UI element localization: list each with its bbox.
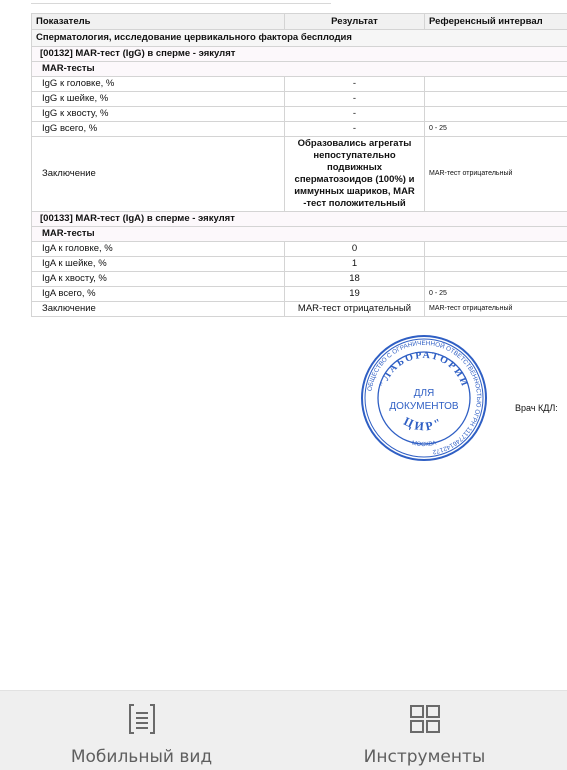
row-result: 1 <box>285 257 425 272</box>
conclusion-result: MAR-тест отрицательный <box>285 302 425 317</box>
group-subtitle: MAR-тесты <box>32 62 567 77</box>
row-reference <box>425 272 567 287</box>
group-subtitle: MAR-тесты <box>32 227 567 242</box>
group-title: [00133] MAR-тест (IgA) в сперме - эякуля… <box>32 212 567 227</box>
row-result: 18 <box>285 272 425 287</box>
row-reference <box>425 92 567 107</box>
header-reference: Референсный интервал <box>425 14 567 30</box>
row-name: IgA всего, % <box>32 287 285 302</box>
cut-off-header-line <box>31 0 331 4</box>
conclusion-row: Заключение MAR-тест отрицательный MAR-те… <box>32 302 567 317</box>
tools-label: Инструменты <box>283 747 566 767</box>
row-name: IgA к головке, % <box>32 242 285 257</box>
row-result: - <box>285 107 425 122</box>
conclusion-label: Заключение <box>32 302 285 317</box>
conclusion-label: Заключение <box>32 137 285 212</box>
results-table: Показатель Результат Референсный интерва… <box>31 13 567 317</box>
row-name: IgG всего, % <box>32 122 285 137</box>
row-result: - <box>285 122 425 137</box>
header-indicator: Показатель <box>32 14 285 30</box>
table-row: IgG к шейке, % - <box>32 92 567 107</box>
group-title-row: [00133] MAR-тест (IgA) в сперме - эякуля… <box>32 212 567 227</box>
svg-text:МОСКВА: МОСКВА <box>411 440 437 448</box>
group-subtitle-row: MAR-тесты <box>32 227 567 242</box>
laboratory-stamp: ОБЩЕСТВО С ОГРАНИЧЕННОЙ ОТВЕТСТВЕННОСТЬЮ… <box>360 334 488 462</box>
row-reference: 0 - 25 <box>425 122 567 137</box>
row-result: - <box>285 92 425 107</box>
row-reference <box>425 77 567 92</box>
stamp-center-line1: ДЛЯ <box>414 388 435 399</box>
table-header-row: Показатель Результат Референсный интерва… <box>32 14 567 30</box>
stamp-arc-bottom: ЦИР" <box>401 414 446 434</box>
table-row: IgA всего, % 19 0 - 25 <box>32 287 567 302</box>
group-title: [00132] MAR-тест (IgG) в сперме - эякуля… <box>32 47 567 62</box>
table-row: IgA к головке, % 0 <box>32 242 567 257</box>
row-name: IgG к хвосту, % <box>32 107 285 122</box>
row-name: IgG к шейке, % <box>32 92 285 107</box>
row-reference: 0 - 25 <box>425 287 567 302</box>
group-title-row: [00132] MAR-тест (IgG) в сперме - эякуля… <box>32 47 567 62</box>
row-name: IgA к шейке, % <box>32 257 285 272</box>
row-reference <box>425 107 567 122</box>
stamp-center-line2: ДОКУМЕНТОВ <box>389 401 459 412</box>
doctor-label: Врач КДЛ: <box>515 403 558 413</box>
table-row: IgG к головке, % - <box>32 77 567 92</box>
table-row: IgA к шейке, % 1 <box>32 257 567 272</box>
row-reference <box>425 257 567 272</box>
table-row: IgG к хвосту, % - <box>32 107 567 122</box>
conclusion-reference: MAR-тест отрицательный <box>425 137 567 212</box>
stamp-city: МОСКВА <box>411 440 437 448</box>
svg-text:ЦИР": ЦИР" <box>401 414 446 434</box>
conclusion-row: Заключение Образовались агрегаты непосту… <box>32 137 567 212</box>
section-row: Сперматология, исследование цервикальног… <box>32 30 567 47</box>
tools-tab[interactable]: Инструменты <box>283 691 566 770</box>
table-row: IgG всего, % - 0 - 25 <box>32 122 567 137</box>
conclusion-result: Образовались агрегаты непоступательно по… <box>285 137 425 212</box>
group-subtitle-row: MAR-тесты <box>32 62 567 77</box>
mobile-view-label: Мобильный вид <box>0 747 283 767</box>
bottom-toolbar: Мобильный вид Инструменты <box>0 690 567 770</box>
section-title: Сперматология, исследование цервикальног… <box>32 30 567 47</box>
row-name: IgG к головке, % <box>32 77 285 92</box>
row-reference <box>425 242 567 257</box>
row-result: 0 <box>285 242 425 257</box>
header-result: Результат <box>285 14 425 30</box>
row-result: 19 <box>285 287 425 302</box>
grid-tools-icon <box>410 703 440 735</box>
conclusion-reference: MAR-тест отрицательный <box>425 302 567 317</box>
document-view-icon <box>127 703 157 735</box>
table-row: IgA к хвосту, % 18 <box>32 272 567 287</box>
row-result: - <box>285 77 425 92</box>
mobile-view-tab[interactable]: Мобильный вид <box>0 691 283 770</box>
row-name: IgA к хвосту, % <box>32 272 285 287</box>
